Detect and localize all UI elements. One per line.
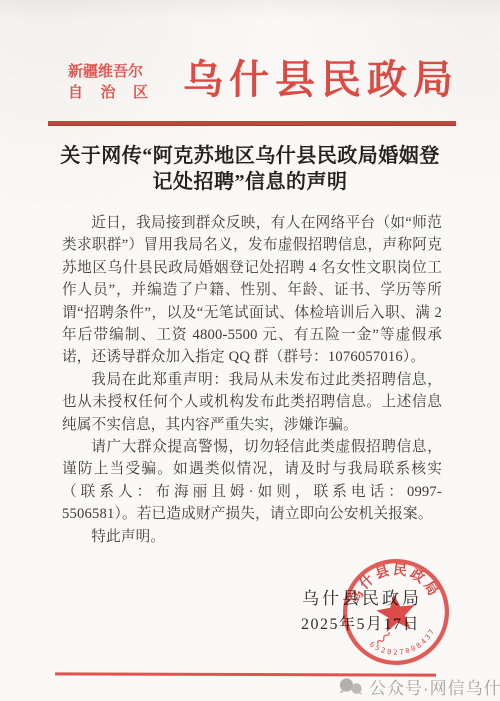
official-seal: 乌什县民政局 652027008437 xyxy=(333,549,459,675)
official-seal-graphic: 乌什县民政局 652027008437 xyxy=(333,549,459,675)
letterhead-divider xyxy=(48,121,456,126)
document-title: 关于网传“阿克苏地区乌什县民政局婚姻登记处招聘”信息的声明 xyxy=(54,143,446,195)
org-name: 乌什县民政局 xyxy=(183,56,459,104)
paragraph: 特此声明。 xyxy=(62,526,442,548)
document-body: 近日，我局接到群众反映，有人在网络平台（如“师范类求职群”）冒用我局名义，发布虚… xyxy=(62,212,442,548)
seal-star-icon xyxy=(374,591,417,633)
region-name-line2: 自治区 xyxy=(68,83,148,104)
region-name: 新疆维吾尔 自治区 xyxy=(68,62,148,104)
region-name-line1: 新疆维吾尔 xyxy=(68,62,148,83)
uyghur-script-arc xyxy=(376,632,391,644)
paragraph: 请广大群众提高警惕，切勿轻信此类虚假招聘信息，谨防上当受骗。如遇类似情况，请及时… xyxy=(62,436,442,526)
wechat-official-account-icon xyxy=(338,677,364,696)
scanned-document: 新疆维吾尔 自治区 乌什县民政局 关于网传“阿克苏地区乌什县民政局婚姻登记处招聘… xyxy=(0,0,500,701)
paragraph: 我局在此郑重声明：我局从未发布过此类招聘信息，也从未授权任何个人或机构发布此类招… xyxy=(62,369,442,436)
footer: 公众号·网信乌什 xyxy=(338,674,500,699)
footer-label: 公众号·网信乌什 xyxy=(369,674,500,699)
paragraph: 近日，我局接到群众反映，有人在网络平台（如“师范类求职群”）冒用我局名义，发布虚… xyxy=(62,212,442,369)
